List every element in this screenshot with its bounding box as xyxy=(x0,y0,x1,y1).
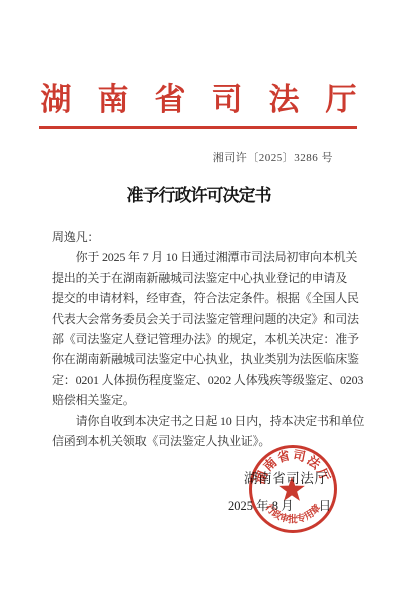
body-line: 部《司法鉴定人登记管理办法》的规定，本机关决定：准予 xyxy=(52,329,360,349)
body-line: 你在湖南新融城司法鉴定中心执业，执业类别为法医临床鉴 xyxy=(52,349,360,369)
body-line: 赔偿相关鉴定。 xyxy=(52,390,360,410)
official-document-page: 湖南省司法厅 湘司许〔2025〕3286 号 准予行政许可决定书 周逸凡： 你于… xyxy=(0,0,397,600)
body-line: 代表大会常务委员会关于司法鉴定管理问题的决定》和司法 xyxy=(52,309,360,329)
body-line: 提交的申请材料，经审查，符合法定条件。根据《全国人民 xyxy=(52,288,360,308)
body-line: 周逸凡： xyxy=(52,227,360,247)
header-divider xyxy=(39,126,357,129)
body-line: 请你自收到本决定书之日起 10 日内，持本决定书和单位 xyxy=(52,411,360,431)
document-body: 周逸凡： 你于 2025 年 7 月 10 日通过湘潭市司法局初审向本机关提出的… xyxy=(52,227,360,451)
body-line: 提出的关于在湖南新融城司法鉴定中心执业登记的申请及 xyxy=(52,268,360,288)
agency-header-title: 湖南省司法厅 xyxy=(0,74,397,119)
document-title: 准予行政许可决定书 xyxy=(0,181,397,206)
official-seal: 湖南省司法厅行政审批专用章 xyxy=(245,441,341,537)
body-line: 定：0201 人体损伤程度鉴定、0202 人体残疾等级鉴定、0203 xyxy=(52,370,360,390)
body-line: 你于 2025 年 7 月 10 日通过湘潭市司法局初审向本机关 xyxy=(52,247,360,267)
seal-top-text-char: 司 xyxy=(292,448,307,464)
document-number: 湘司许〔2025〕3286 号 xyxy=(213,149,333,165)
seal-star-icon xyxy=(279,477,305,501)
